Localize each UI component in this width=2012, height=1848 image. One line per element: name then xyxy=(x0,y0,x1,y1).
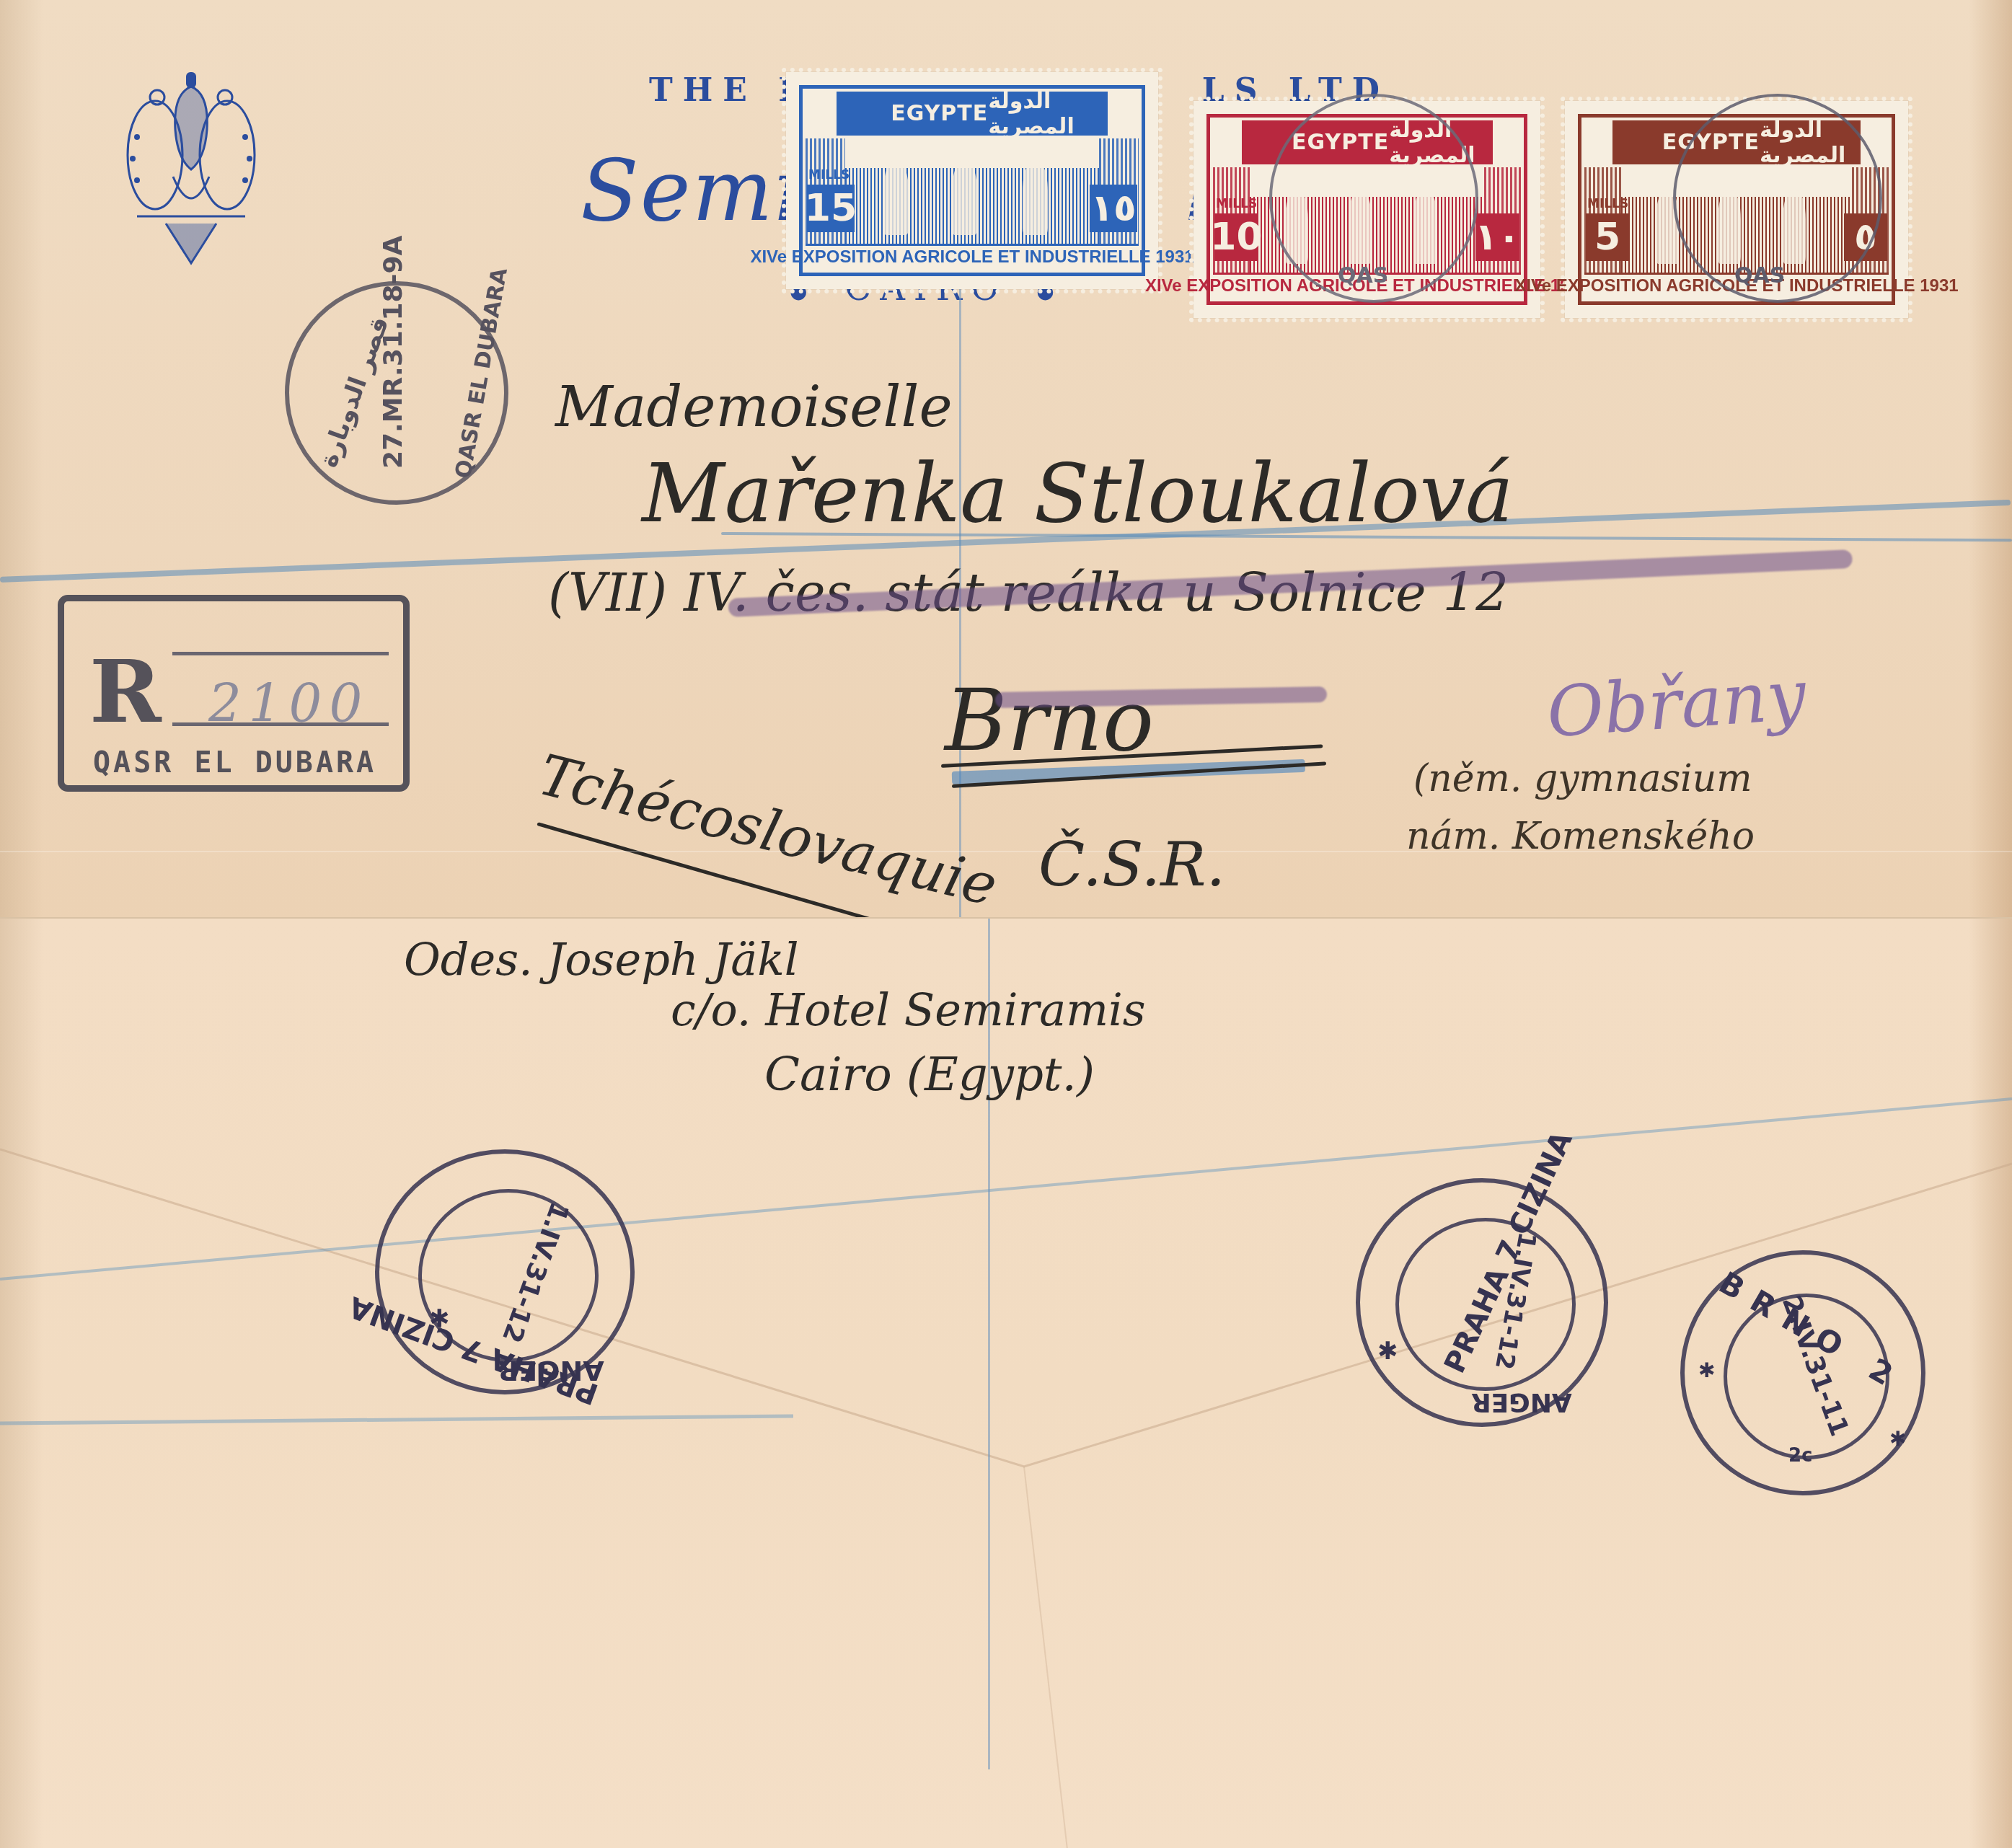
cancel-postmark-5-mills: QAS xyxy=(1673,94,1882,303)
blue-pencil-registration-line xyxy=(988,919,990,1769)
address-country-abbr: Č.S.R. xyxy=(1038,829,1225,900)
paper-edge-shadow xyxy=(0,0,43,917)
postmark-praha-7: PRAHA 7 CIZINA 1.IV.31-12 ANGER ✱ xyxy=(375,1149,635,1394)
cancel-postmark-10-mills: QAS xyxy=(1269,94,1478,303)
address-recipient-name: Mařenka Stloukalová xyxy=(642,447,1514,541)
postmark-praha-7: PRAHA 7 CIZINA 1.IV.31-12 ANGER ✱ xyxy=(1356,1178,1608,1427)
postmark-brno-2: BRNO 2 2.IV.31-11 2c ✱ ✱ xyxy=(1680,1250,1925,1495)
sender-care-of: c/o. Hotel Semiramis xyxy=(671,983,1146,1036)
envelope-front: THE ELS LTD Semill ●CAIRO● EGYPTEالدولة … xyxy=(0,0,2012,917)
postmark-qasr-el-dubara: 27.MR.31.18-9A QASR EL DUBARA قصر الدوبا… xyxy=(285,281,508,505)
pharaoh-peacock-emblem-icon xyxy=(123,68,260,270)
redirect-address-obrany: Obřany xyxy=(1545,655,1809,753)
sender-name: Odes. Joseph Jäkl xyxy=(404,933,799,986)
address-alt-line-1: (něm. gymnasium xyxy=(1413,757,1752,800)
paper-crease xyxy=(0,851,2012,852)
registration-r-letter: R xyxy=(89,641,162,743)
registration-label: R 2100 QASR EL DUBARA xyxy=(58,595,410,792)
paper-edge-shadow xyxy=(1969,0,2012,917)
sender-city: Cairo (Egypt.) xyxy=(764,1048,1095,1102)
registration-number: 2100 xyxy=(208,673,369,734)
envelope-back: Odes. Joseph Jäkl c/o. Hotel Semiramis C… xyxy=(0,917,2012,1848)
registration-office: QASR EL DUBARA xyxy=(93,746,376,779)
stamp-15-mills: EGYPTEالدولة المصرية MILLS 15 ١٥ XIVe EX… xyxy=(786,72,1158,289)
address-salutation: Mademoiselle xyxy=(555,375,953,440)
